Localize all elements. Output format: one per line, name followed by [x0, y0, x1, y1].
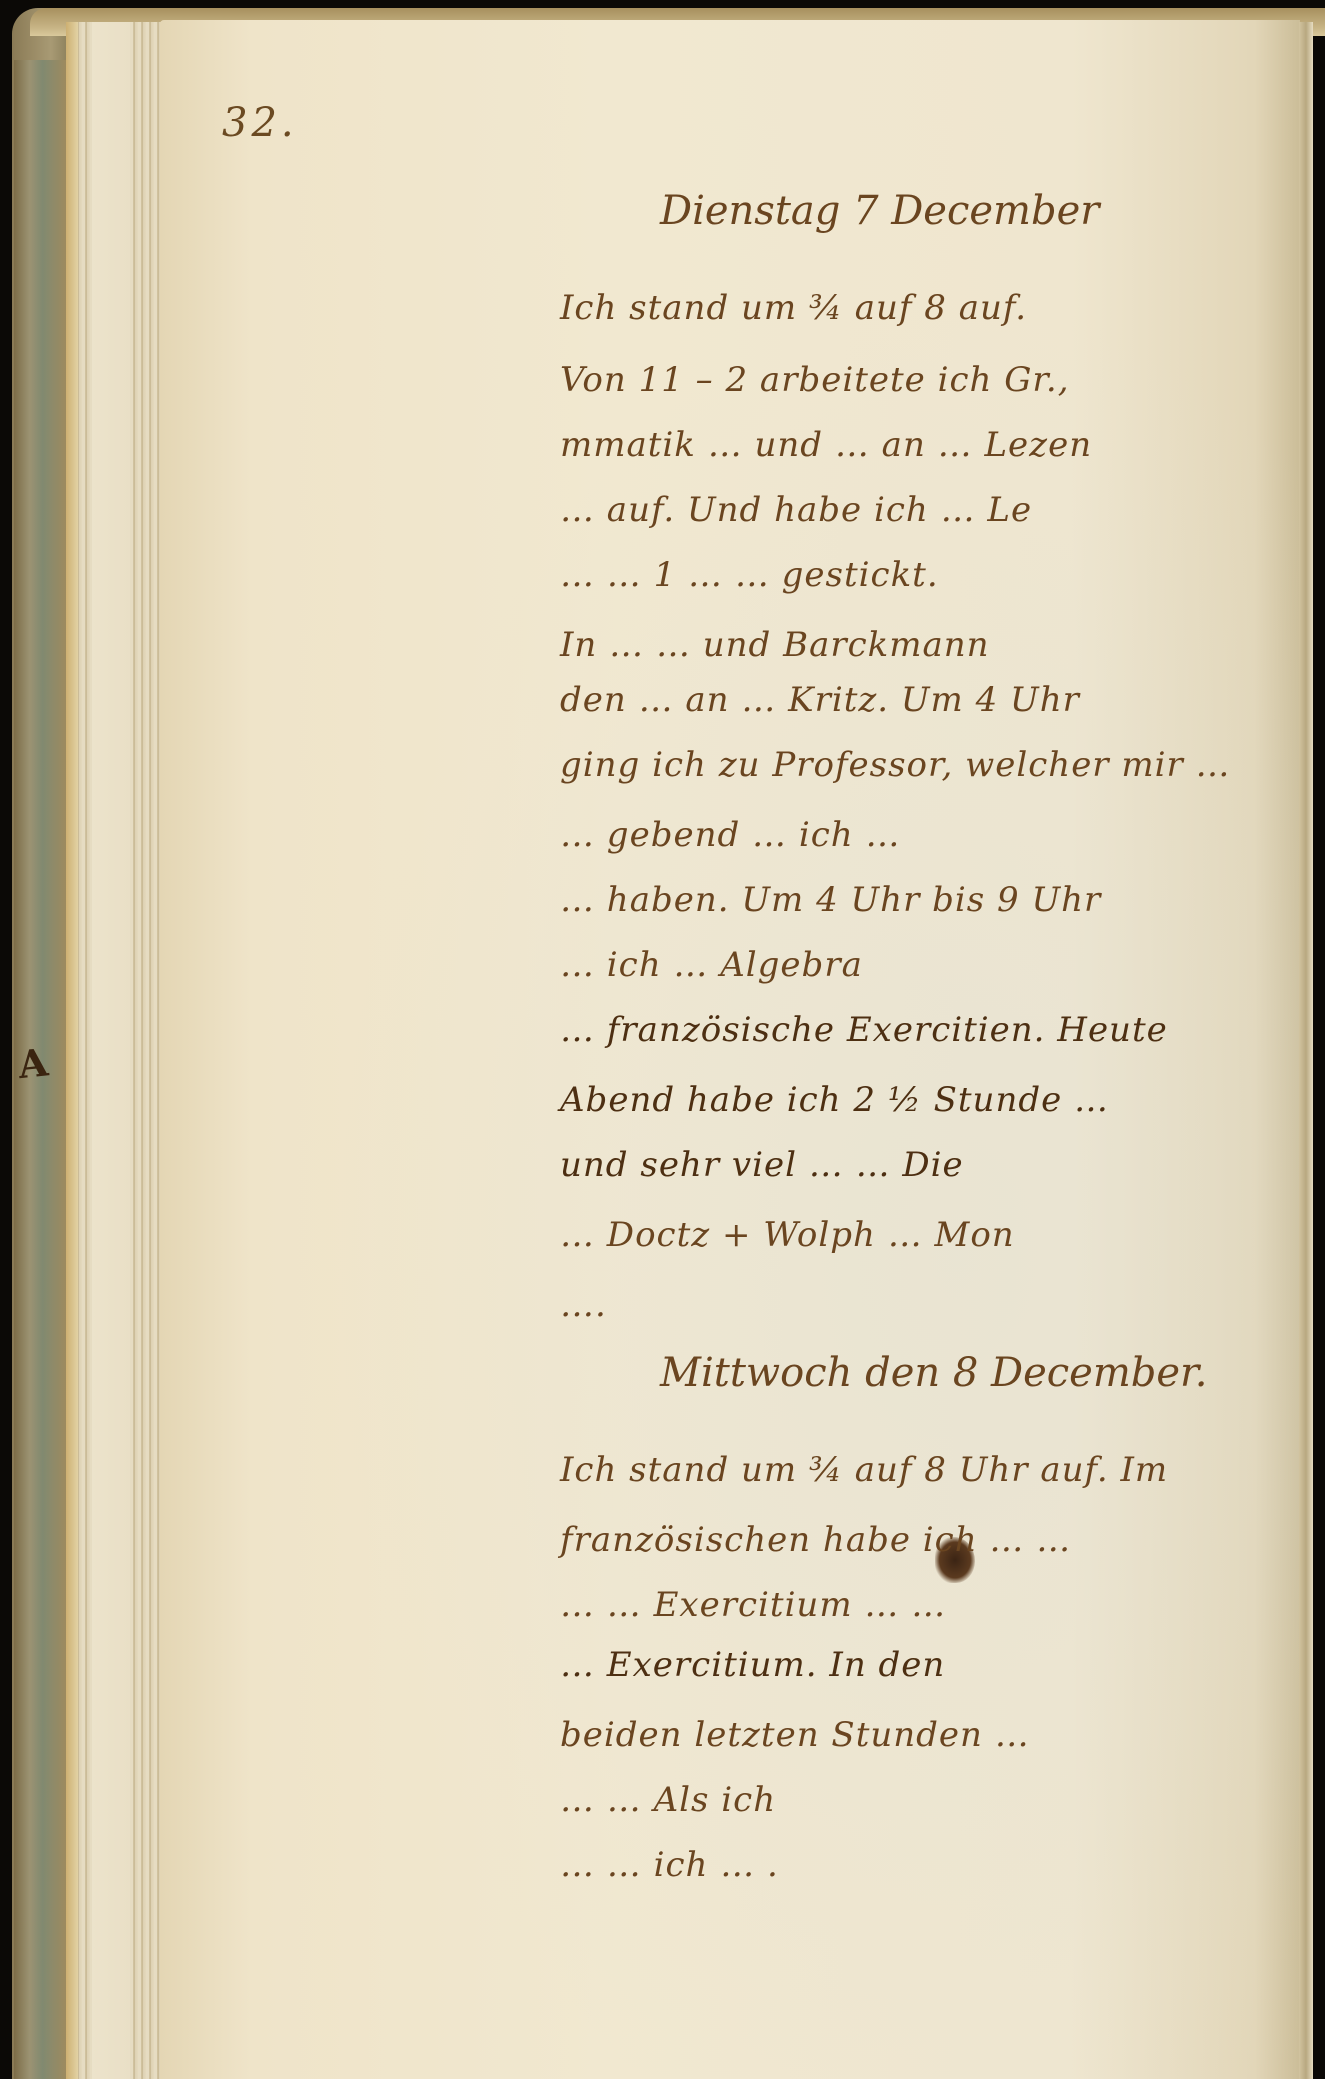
entry-line: … … 1 … … gestickt.: [560, 555, 939, 595]
entry-line: den … an … Kritz. Um 4 Uhr: [560, 680, 1080, 720]
entry-line: französischen habe ich … …: [560, 1520, 1071, 1560]
entry-line: … auf. Und habe ich … Le: [560, 490, 1032, 530]
entry-line: mmatik … und … an … Lezen: [560, 425, 1092, 465]
entry-heading: Dienstag 7 December: [660, 188, 1099, 234]
entry-line: Ich stand um ¾ auf 8 Uhr auf. Im: [560, 1450, 1168, 1490]
entry-line: Ich stand um ¾ auf 8 auf.: [560, 288, 1027, 328]
entry-line: Von 11 – 2 arbeitete ich Gr.,: [560, 360, 1070, 400]
entry-line: Abend habe ich 2 ½ Stunde …: [560, 1080, 1109, 1120]
entry-line: … Exercitium. In den: [560, 1645, 945, 1685]
entry-line: ….: [560, 1285, 607, 1325]
page-stack-gap: [92, 22, 130, 2079]
entry-line: … … ich … .: [560, 1845, 779, 1885]
entry-line: und sehr viel … … Die: [560, 1145, 964, 1185]
entry-line: … … Als ich: [560, 1780, 776, 1820]
page-number: 32.: [222, 100, 298, 146]
entry-line: beiden letzten Stunden …: [560, 1715, 1030, 1755]
entry-line: … haben. Um 4 Uhr bis 9 Uhr: [560, 880, 1101, 920]
entry-heading: Mittwoch den 8 December.: [660, 1350, 1207, 1396]
spine-mark: A: [16, 1038, 64, 1082]
entry-line: … Doctz + Wolph … Mon: [560, 1215, 1015, 1255]
entry-line: … ich … Algebra: [560, 945, 863, 985]
entry-line: In … … und Barckmann: [560, 625, 990, 665]
entry-line: … … Exercitium … …: [560, 1585, 946, 1625]
entry-line: … gebend … ich …: [560, 815, 900, 855]
page-right-edge: [1299, 22, 1313, 2079]
entry-line: ging ich zu Professor, welcher mir …: [560, 745, 1231, 785]
entry-line: … französische Exercitien. Heute: [560, 1010, 1168, 1050]
